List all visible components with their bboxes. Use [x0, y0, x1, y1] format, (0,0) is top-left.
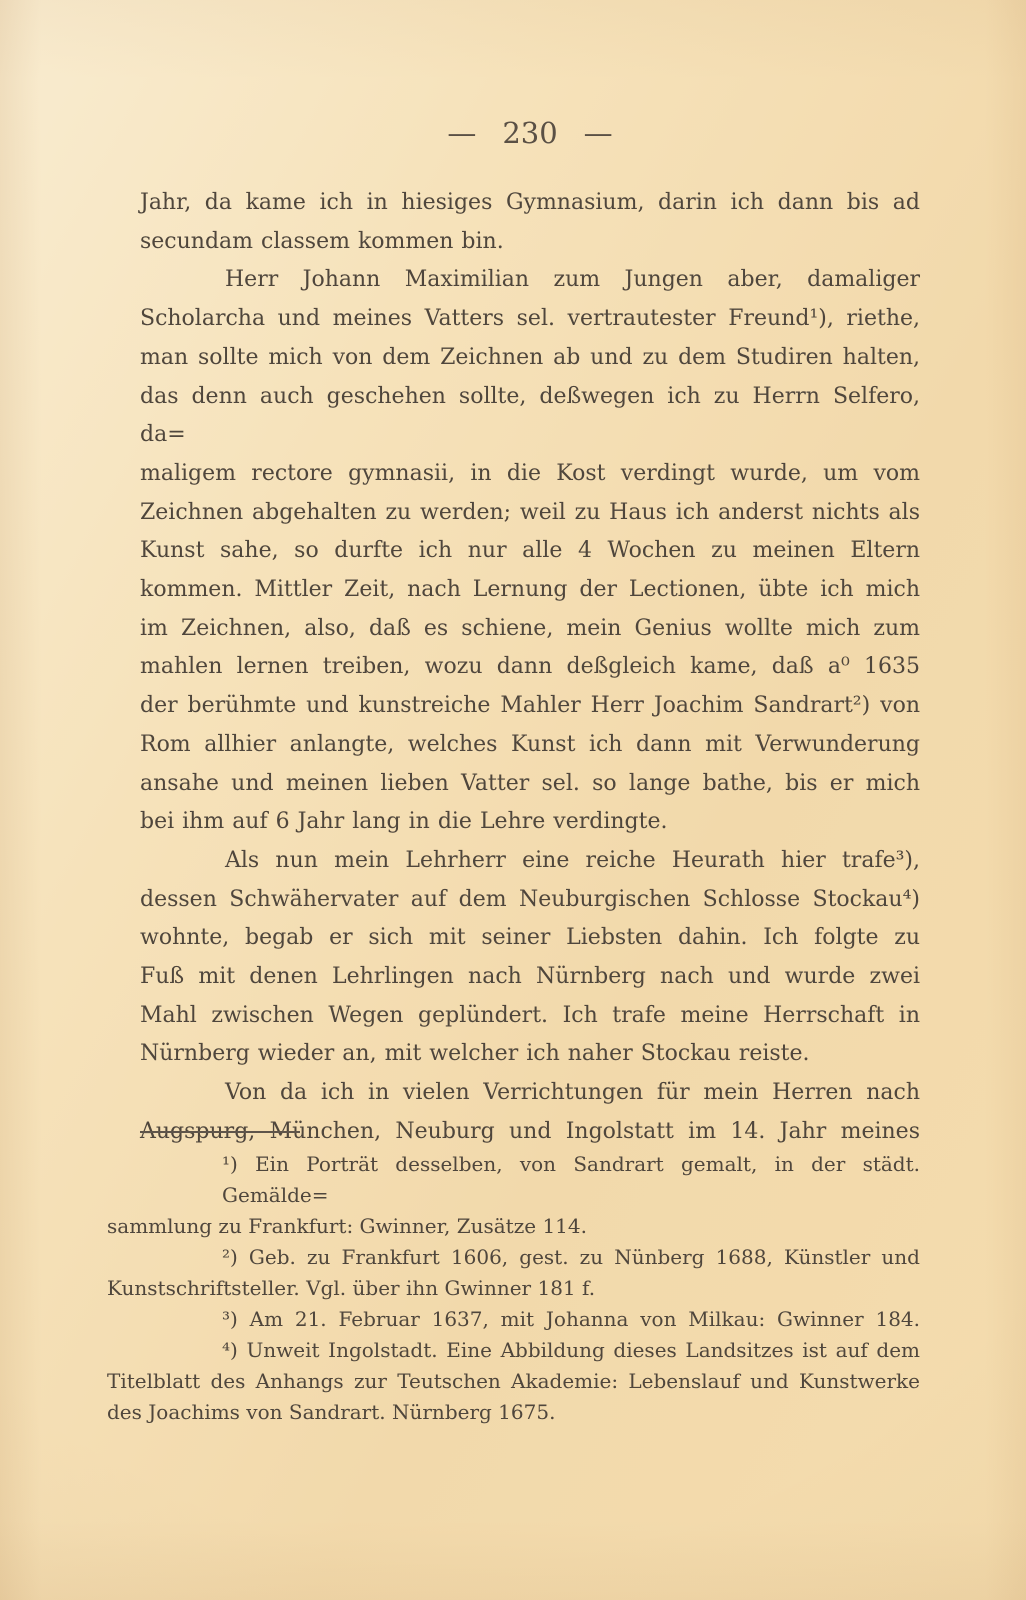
- body-line: Kunst sahe, so durfte ich nur alle 4 Woc…: [140, 532, 920, 571]
- body-line: kommen. Mittler Zeit, nach Lernung der L…: [140, 571, 920, 610]
- footnote-line: Kunstschriftsteller. Vgl. über ihn Gwinn…: [107, 1273, 920, 1304]
- footnote-line: ¹) Ein Porträt desselben, von Sandrart g…: [107, 1149, 920, 1211]
- main-text-block: Jahr, da kame ich in hiesiges Gymnasium,…: [140, 184, 920, 1152]
- header-dash-right: —: [584, 116, 613, 150]
- body-line: Von da ich in vielen Verrichtungen für m…: [140, 1074, 920, 1113]
- running-head: — 230 —: [140, 116, 920, 150]
- body-line: Jahr, da kame ich in hiesiges Gymnasium,…: [140, 184, 920, 223]
- footnote-line: ³) Am 21. Februar 1637, mit Johanna von …: [107, 1304, 920, 1335]
- footnote-line: Titelblatt des Anhangs zur Teutschen Aka…: [107, 1366, 920, 1397]
- body-line: Fuß mit denen Lehrlingen nach Nürnberg n…: [140, 958, 920, 997]
- header-dash-left: —: [447, 116, 476, 150]
- footnote-separator: [140, 1131, 300, 1133]
- body-line: bei ihm auf 6 Jahr lang in die Lehre ver…: [140, 803, 920, 842]
- body-line: dessen Schwähervater auf dem Neuburgisch…: [140, 881, 920, 920]
- body-line: Herr Johann Maximilian zum Jungen aber, …: [140, 261, 920, 300]
- book-page-scan: — 230 — Jahr, da kame ich in hiesiges Gy…: [0, 0, 1026, 1600]
- body-line: mahlen lernen treiben, wozu dann deßglei…: [140, 648, 920, 687]
- page-number: 230: [502, 116, 557, 150]
- footnote-line: ⁴) Unweit Ingolstadt. Eine Abbildung die…: [107, 1335, 920, 1366]
- body-line: Rom allhier anlangte, welches Kunst ich …: [140, 726, 920, 765]
- footnotes-block: ¹) Ein Porträt desselben, von Sandrart g…: [107, 1149, 920, 1428]
- footnote-line: sammlung zu Frankfurt: Gwinner, Zusätze …: [107, 1211, 920, 1242]
- footnote-line: ²) Geb. zu Frankfurt 1606, gest. zu Nünb…: [107, 1242, 920, 1273]
- body-line: im Zeichnen, also, daß es schiene, mein …: [140, 610, 920, 649]
- body-line: Scholarcha und meines Vatters sel. vertr…: [140, 300, 920, 339]
- body-line: man sollte mich von dem Zeichnen ab und …: [140, 339, 920, 378]
- body-line: Als nun mein Lehrherr eine reiche Heurat…: [140, 842, 920, 881]
- body-line: maligem rectore gymnasii, in die Kost ve…: [140, 455, 920, 494]
- body-line: der berühmte und kunstreiche Mahler Herr…: [140, 687, 920, 726]
- body-line: Nürnberg wieder an, mit welcher ich nahe…: [140, 1035, 920, 1074]
- body-line: Zeichnen abgehalten zu werden; weil zu H…: [140, 494, 920, 533]
- body-line: wohnte, begab er sich mit seiner Liebste…: [140, 919, 920, 958]
- body-line: das denn auch geschehen sollte, deßwegen…: [140, 378, 920, 455]
- body-line: ansahe und meinen lieben Vatter sel. so …: [140, 765, 920, 804]
- body-line: secundam classem kommen bin.: [140, 223, 920, 262]
- footnote-line: des Joachims von Sandrart. Nürnberg 1675…: [107, 1397, 920, 1428]
- body-line: Mahl zwischen Wegen geplündert. Ich traf…: [140, 997, 920, 1036]
